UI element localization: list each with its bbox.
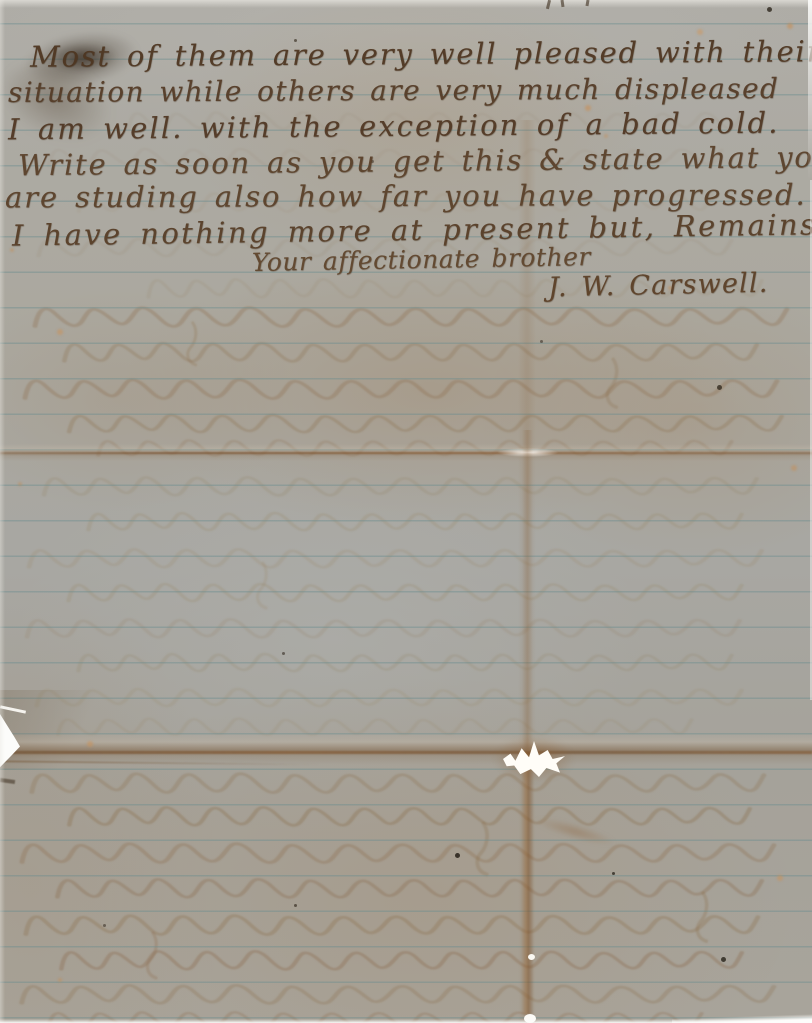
letter-line: Write as soon as you get this & state wh…	[18, 143, 812, 181]
letter-line: are studing also how far you have progre…	[5, 181, 807, 213]
fold-crease-lower-line	[0, 751, 812, 754]
vertical-crease-stain	[521, 752, 534, 1014]
fold-crease-lower	[0, 733, 812, 765]
vertical-crease-middle	[522, 430, 533, 760]
top-scan-edge	[0, 0, 812, 8]
right-scan-edge	[808, 0, 812, 180]
pinhole	[528, 954, 535, 960]
scanned-letter-page: Most of them are very well pleased with …	[0, 0, 812, 1023]
letter-line: situation while others are very much dis…	[8, 75, 779, 107]
left-scan-edge	[0, 0, 5, 1023]
letter-closing: Your affectionate brother	[252, 244, 591, 275]
letter-line: I am well. with the exception of a bad c…	[8, 109, 780, 145]
letter-signature: J. W. Carswell.	[548, 270, 769, 302]
letter-line: Most of them are very well pleased with …	[30, 37, 812, 72]
fold-crease-upper-line	[0, 452, 812, 454]
